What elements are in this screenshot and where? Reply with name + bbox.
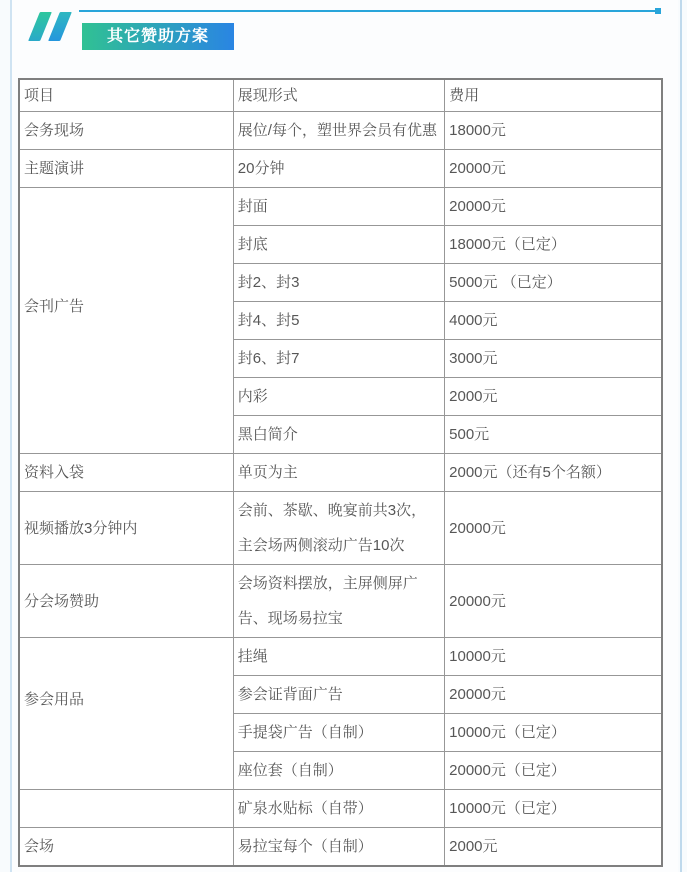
item-cell: 视频播放3分钟内 xyxy=(19,492,233,565)
fee-cell: 20000元（已定） xyxy=(445,752,662,790)
section-header: 其它赞助方案 xyxy=(0,0,687,78)
fee-cell: 10000元 xyxy=(445,638,662,676)
item-cell: 主题演讲 xyxy=(19,150,233,188)
item-cell: 会刊广告 xyxy=(19,188,233,454)
column-header-fee: 费用 xyxy=(445,79,662,112)
form-cell: 矿泉水贴标（自带） xyxy=(233,790,444,828)
table-body: 会务现场展位/每个，塑世界会员有优惠18000元主题演讲20分钟20000元会刊… xyxy=(19,112,662,867)
item-cell: 资料入袋 xyxy=(19,454,233,492)
item-cell: 会场 xyxy=(19,828,233,867)
form-cell: 黑白简介 xyxy=(233,416,444,454)
column-header-form: 展现形式 xyxy=(233,79,444,112)
fee-cell: 20000元 xyxy=(445,188,662,226)
header-rule-line xyxy=(79,10,659,12)
item-cell: 分会场赞助 xyxy=(19,565,233,638)
page-background: 其它赞助方案 项目 展现形式 费用 会务现场展位/每个，塑世界会员有优惠1800… xyxy=(0,0,687,872)
column-header-item: 项目 xyxy=(19,79,233,112)
slash-bar-blue xyxy=(48,12,72,41)
table-row: 会刊广告封面20000元 xyxy=(19,188,662,226)
fee-cell: 20000元 xyxy=(445,492,662,565)
form-cell: 展位/每个，塑世界会员有优惠 xyxy=(233,112,444,150)
fee-cell: 3000元 xyxy=(445,340,662,378)
form-cell: 挂绳 xyxy=(233,638,444,676)
table-row: 矿泉水贴标（自带）10000元（已定） xyxy=(19,790,662,828)
fee-cell: 10000元（已定） xyxy=(445,714,662,752)
left-edge-divider xyxy=(10,0,12,872)
table-row: 视频播放3分钟内会前、茶歇、晚宴前共3次，主会场两侧滚动广告10次20000元 xyxy=(19,492,662,565)
form-cell: 封4、封5 xyxy=(233,302,444,340)
fee-cell: 2000元（还有5个名额） xyxy=(445,454,662,492)
section-title-badge: 其它赞助方案 xyxy=(82,23,234,50)
table-row: 资料入袋单页为主2000元（还有5个名额） xyxy=(19,454,662,492)
fee-cell: 500元 xyxy=(445,416,662,454)
form-cell: 封底 xyxy=(233,226,444,264)
fee-cell: 2000元 xyxy=(445,378,662,416)
form-cell: 座位套（自制） xyxy=(233,752,444,790)
item-cell: 参会用品 xyxy=(19,638,233,790)
form-cell: 封6、封7 xyxy=(233,340,444,378)
form-cell: 封2、封3 xyxy=(233,264,444,302)
form-cell: 内彩 xyxy=(233,378,444,416)
sponsorship-table: 项目 展现形式 费用 会务现场展位/每个，塑世界会员有优惠18000元主题演讲2… xyxy=(18,78,663,867)
fee-cell: 18000元 xyxy=(445,112,662,150)
table-row: 参会用品挂绳10000元 xyxy=(19,638,662,676)
form-cell: 会场资料摆放，主屏侧屏广告、现场易拉宝 xyxy=(233,565,444,638)
fee-cell: 20000元 xyxy=(445,565,662,638)
fee-cell: 10000元（已定） xyxy=(445,790,662,828)
item-cell xyxy=(19,790,233,828)
double-slash-quote-icon xyxy=(30,12,78,42)
table-row: 主题演讲20分钟20000元 xyxy=(19,150,662,188)
table-header-row: 项目 展现形式 费用 xyxy=(19,79,662,112)
fee-cell: 2000元 xyxy=(445,828,662,867)
table-row: 会场易拉宝每个（自制）2000元 xyxy=(19,828,662,867)
item-cell: 会务现场 xyxy=(19,112,233,150)
table-row: 会务现场展位/每个，塑世界会员有优惠18000元 xyxy=(19,112,662,150)
form-cell: 会前、茶歇、晚宴前共3次，主会场两侧滚动广告10次 xyxy=(233,492,444,565)
form-cell: 手提袋广告（自制） xyxy=(233,714,444,752)
fee-cell: 20000元 xyxy=(445,676,662,714)
fee-cell: 18000元（已定） xyxy=(445,226,662,264)
fee-cell: 20000元 xyxy=(445,150,662,188)
table-row: 分会场赞助会场资料摆放，主屏侧屏广告、现场易拉宝20000元 xyxy=(19,565,662,638)
form-cell: 20分钟 xyxy=(233,150,444,188)
fee-cell: 4000元 xyxy=(445,302,662,340)
slash-bar-teal xyxy=(28,12,52,41)
fee-cell: 5000元 （已定） xyxy=(445,264,662,302)
form-cell: 参会证背面广告 xyxy=(233,676,444,714)
form-cell: 封面 xyxy=(233,188,444,226)
form-cell: 单页为主 xyxy=(233,454,444,492)
form-cell: 易拉宝每个（自制） xyxy=(233,828,444,867)
right-edge-divider xyxy=(680,0,682,872)
